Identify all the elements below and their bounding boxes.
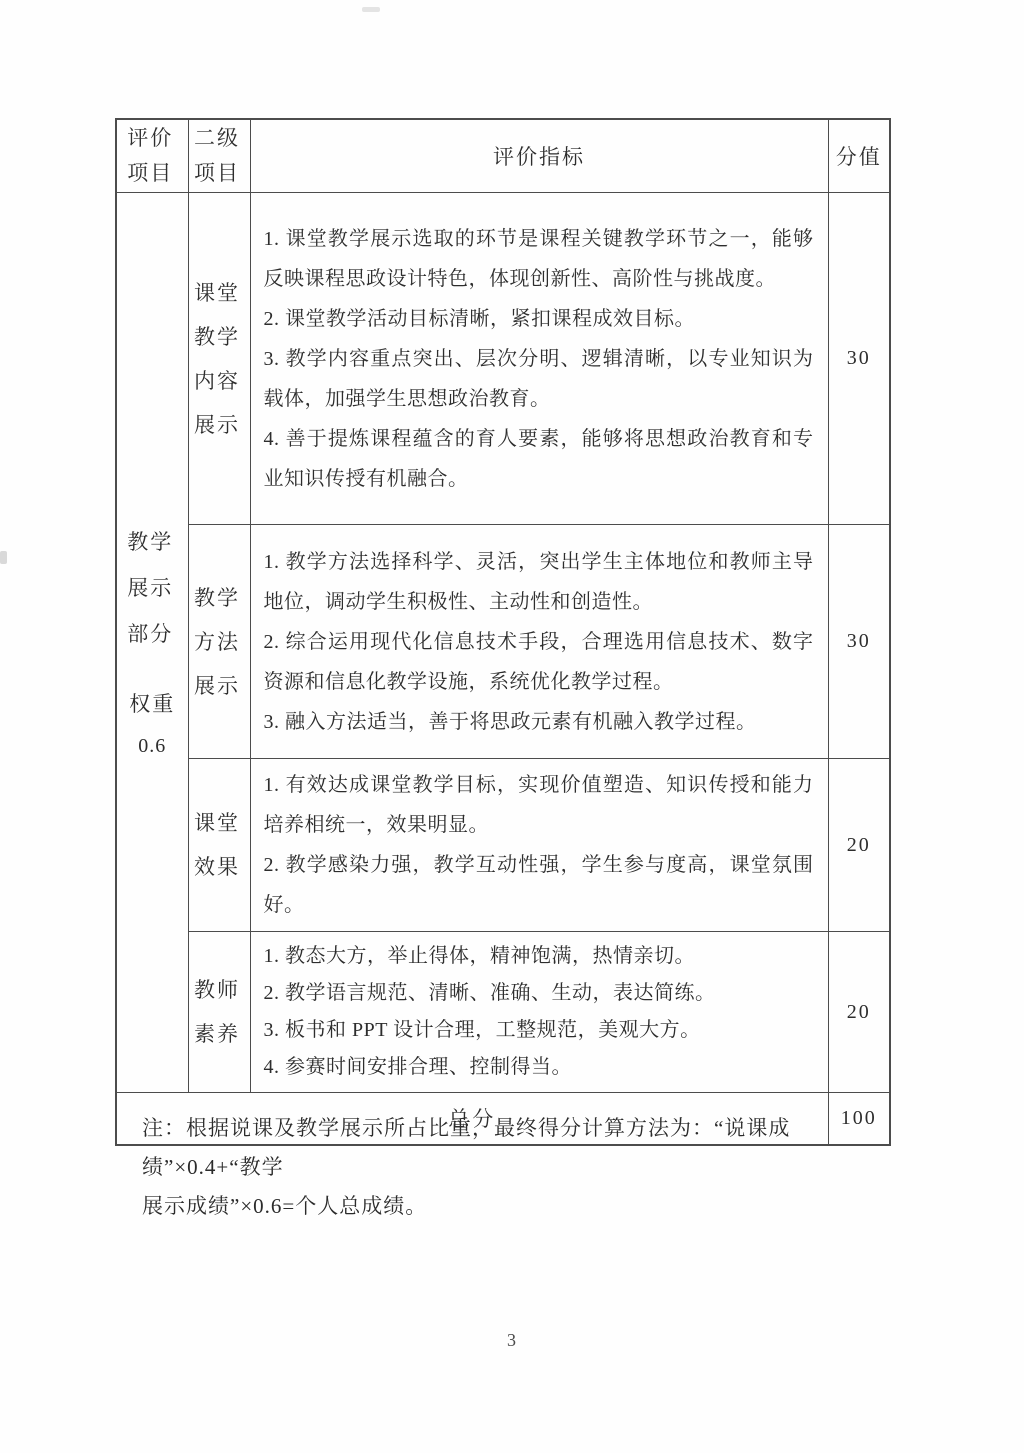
indicator-item: 2. 教学感染力强，教学互动性强，学生参与度高，课堂氛围好。 [264, 845, 814, 925]
scan-artifact [362, 7, 380, 12]
page-number: 3 [0, 1330, 1024, 1351]
scan-artifact [0, 551, 7, 564]
category-cell: 教学展示部分 权重 0.6 [116, 193, 188, 1093]
indicator-cell: 1. 课堂教学展示选取的环节是课程关键教学环节之一，能够反映课程思政设计特色，体… [250, 193, 828, 525]
header-evaluation-item: 评价项目 [116, 119, 188, 193]
subitem-label: 教师素养 [194, 968, 244, 1056]
subitem-label: 课堂效果 [194, 801, 244, 889]
indicator-item: 2. 教学语言规范、清晰、准确、生动，表达简练。 [264, 975, 814, 1012]
indicator-item: 1. 有效达成课堂教学目标，实现价值塑造、知识传授和能力培养相统一，效果明显。 [264, 765, 814, 845]
evaluation-rubric-table: 评价项目 二级项目 评价指标 分值 教学展示部分 权重 0.6 课堂教学内容展示… [115, 118, 891, 1146]
indicator-item: 2. 综合运用现代化信息技术手段，合理选用信息技术、数字资源和信息化教学设施，系… [264, 622, 814, 702]
indicator-item: 1. 课堂教学展示选取的环节是课程关键教学环节之一，能够反映课程思政设计特色，体… [264, 219, 814, 299]
score-cell: 20 [828, 759, 890, 932]
indicator-item: 3. 教学内容重点突出、层次分明、逻辑清晰，以专业知识为载体，加强学生思想政治教… [264, 339, 814, 419]
indicator-item: 3. 融入方法适当，善于将思政元素有机融入教学过程。 [264, 702, 814, 742]
category-title: 教学展示部分 [127, 519, 177, 657]
header-secondary-item: 二级项目 [188, 119, 250, 193]
subitem-cell: 教师素养 [188, 932, 250, 1093]
subitem-cell: 教学方法展示 [188, 525, 250, 759]
table-row: 教师素养 1. 教态大方，举止得体，精神饱满，热情亲切。 2. 教学语言规范、清… [116, 932, 890, 1093]
category-weight-value: 0.6 [118, 725, 187, 767]
indicator-item: 4. 善于提炼课程蕴含的育人要素，能够将思想政治教育和专业知识传授有机融合。 [264, 419, 814, 499]
document-page: 评价项目 二级项目 评价指标 分值 教学展示部分 权重 0.6 课堂教学内容展示… [0, 0, 1024, 1453]
footnote: 注：根据说课及教学展示所占比重，最终得分计算方法为：“说课成绩”×0.4+“教学… [142, 1109, 904, 1226]
table-row: 课堂效果 1. 有效达成课堂教学目标，实现价值塑造、知识传授和能力培养相统一，效… [116, 759, 890, 932]
footnote-line: 展示成绩”×0.6=个人总成绩。 [142, 1187, 904, 1226]
score-cell: 30 [828, 525, 890, 759]
indicator-cell: 1. 教学方法选择科学、灵活，突出学生主体地位和教师主导地位，调动学生积极性、主… [250, 525, 828, 759]
table-row: 教学展示部分 权重 0.6 课堂教学内容展示 1. 课堂教学展示选取的环节是课程… [116, 193, 890, 525]
footnote-line: 注：根据说课及教学展示所占比重，最终得分计算方法为：“说课成绩”×0.4+“教学 [142, 1109, 904, 1187]
subitem-cell: 课堂效果 [188, 759, 250, 932]
indicator-cell: 1. 教态大方，举止得体，精神饱满，热情亲切。 2. 教学语言规范、清晰、准确、… [250, 932, 828, 1093]
header-evaluation-indicator: 评价指标 [250, 119, 828, 193]
indicator-item: 1. 教学方法选择科学、灵活，突出学生主体地位和教师主导地位，调动学生积极性、主… [264, 542, 814, 622]
indicator-cell: 1. 有效达成课堂教学目标，实现价值塑造、知识传授和能力培养相统一，效果明显。 … [250, 759, 828, 932]
score-cell: 20 [828, 932, 890, 1093]
header-secondary-item-label: 二级项目 [194, 121, 244, 191]
indicator-item: 2. 课堂教学活动目标清晰，紧扣课程成效目标。 [264, 299, 814, 339]
category-weight-label: 权重 [118, 683, 187, 725]
header-score: 分值 [828, 119, 890, 193]
table-row: 教学方法展示 1. 教学方法选择科学、灵活，突出学生主体地位和教师主导地位，调动… [116, 525, 890, 759]
indicator-item: 4. 参赛时间安排合理、控制得当。 [264, 1049, 814, 1086]
subitem-label: 课堂教学内容展示 [194, 271, 244, 447]
header-evaluation-item-label: 评价项目 [127, 121, 177, 191]
subitem-cell: 课堂教学内容展示 [188, 193, 250, 525]
indicator-item: 1. 教态大方，举止得体，精神饱满，热情亲切。 [264, 938, 814, 975]
table-header-row: 评价项目 二级项目 评价指标 分值 [116, 119, 890, 193]
indicator-item: 3. 板书和 PPT 设计合理，工整规范，美观大方。 [264, 1012, 814, 1049]
subitem-label: 教学方法展示 [194, 576, 244, 708]
score-cell: 30 [828, 193, 890, 525]
